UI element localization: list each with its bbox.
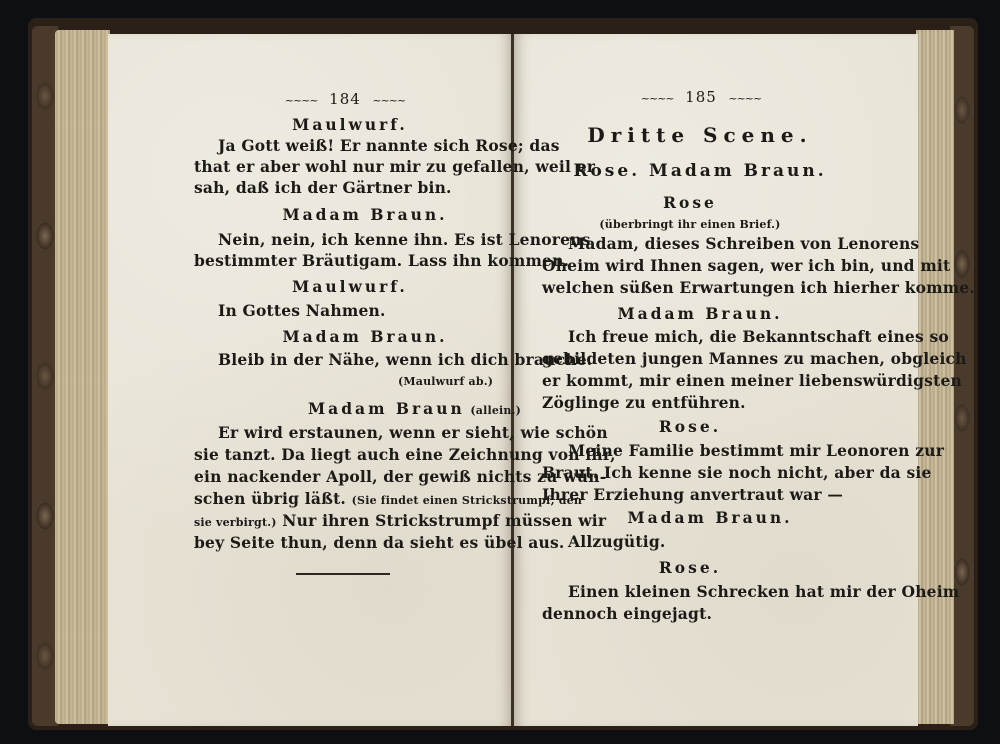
- speech-text: schen übrig läßt.: [194, 489, 346, 508]
- speaker-name: Madam Braun.: [250, 325, 480, 348]
- scene-characters: Rose. Madam Braun.: [570, 160, 830, 183]
- speech-line: Ich freue mich, die Bekanntschaft eines …: [568, 325, 949, 348]
- speech-line: In Gottes Nahmen.: [218, 299, 386, 322]
- speaker-name: Rose: [620, 191, 760, 214]
- speaker-name: Madam Braun.: [600, 302, 800, 325]
- speech-line: bestimmter Bräutigam. Lass ihn kommen.: [194, 249, 569, 272]
- speaker-name: Madam Braun: [308, 399, 465, 418]
- page-number: 185: [685, 88, 717, 106]
- speech-line: Einen kleinen Schrecken hat mir der Ohei…: [568, 580, 959, 603]
- speech-line: Oheim wird Ihnen sagen, wer ich bin, und…: [542, 254, 950, 277]
- ornament-icon: ~~~~: [728, 92, 761, 105]
- speaker-name: Rose.: [630, 556, 750, 579]
- speech-line: Ja Gott weiß! Er nannte sich Rose; das: [218, 134, 560, 157]
- speech-line: Ihrer Erziehung anvertraut war —: [542, 483, 843, 506]
- speech-line: er kommt, mir einen meiner liebenswürdig…: [542, 369, 962, 392]
- stage-direction: (allein.): [470, 404, 521, 417]
- speech-line: bey Seite thun, denn da sieht es übel au…: [194, 531, 565, 554]
- left-page-number-header: ~~~~ 184 ~~~~: [280, 88, 410, 112]
- ornament-icon: ~~~~: [285, 94, 318, 107]
- speech-line: Braut. Ich kenne sie noch nicht, aber da…: [542, 461, 932, 484]
- speaker-name: Maulwurf.: [250, 113, 450, 136]
- speech-line: sah, daß ich der Gärtner bin.: [194, 176, 452, 199]
- speaker-name: Madam Braun.: [250, 203, 480, 226]
- speech-text: Nur ihren Strickstrumpf müssen wir: [282, 511, 606, 530]
- stage-direction: (Maulwurf ab.): [398, 370, 493, 393]
- speaker-with-direction: Madam Braun (allein.): [308, 397, 521, 422]
- speech-line: Er wird erstaunen, wenn er sieht, wie sc…: [218, 421, 608, 444]
- page-block-edge-left: [55, 30, 110, 724]
- speech-line: gebildeten jungen Mannes zu machen, obgl…: [542, 347, 967, 370]
- page-number: 184: [329, 90, 361, 108]
- speech-line: Allzugütig.: [568, 530, 665, 553]
- speech-line: welchen süßen Erwartungen ich hierher ko…: [542, 276, 975, 299]
- stage-direction: sie verbirgt.): [194, 516, 277, 529]
- speech-line: dennoch eingejagt.: [542, 602, 712, 625]
- scene-title: Dritte Scene.: [575, 124, 825, 147]
- speech-line: Madam, dieses Schreiben von Lenorens: [568, 232, 919, 255]
- speech-line: that er aber wohl nur mir zu gefallen, w…: [194, 155, 595, 178]
- right-page-number-header: ~~~~ 185 ~~~~: [636, 86, 766, 110]
- speech-line: Zöglinge zu entführen.: [542, 391, 746, 414]
- speech-line: Bleib in der Nähe, wenn ich dich brauche…: [218, 348, 592, 371]
- speaker-name: Madam Braun.: [620, 506, 800, 529]
- ornament-icon: ~~~~: [641, 92, 674, 105]
- end-rule: [296, 573, 390, 575]
- speech-line: Nein, nein, ich kenne ihn. Es ist Lenore…: [218, 228, 591, 251]
- speaker-name: Rose.: [620, 415, 760, 438]
- speaker-name: Maulwurf.: [250, 275, 450, 298]
- ornament-icon: ~~~~: [372, 94, 405, 107]
- speech-line: Meine Familie bestimmt mir Leonoren zur: [568, 439, 944, 462]
